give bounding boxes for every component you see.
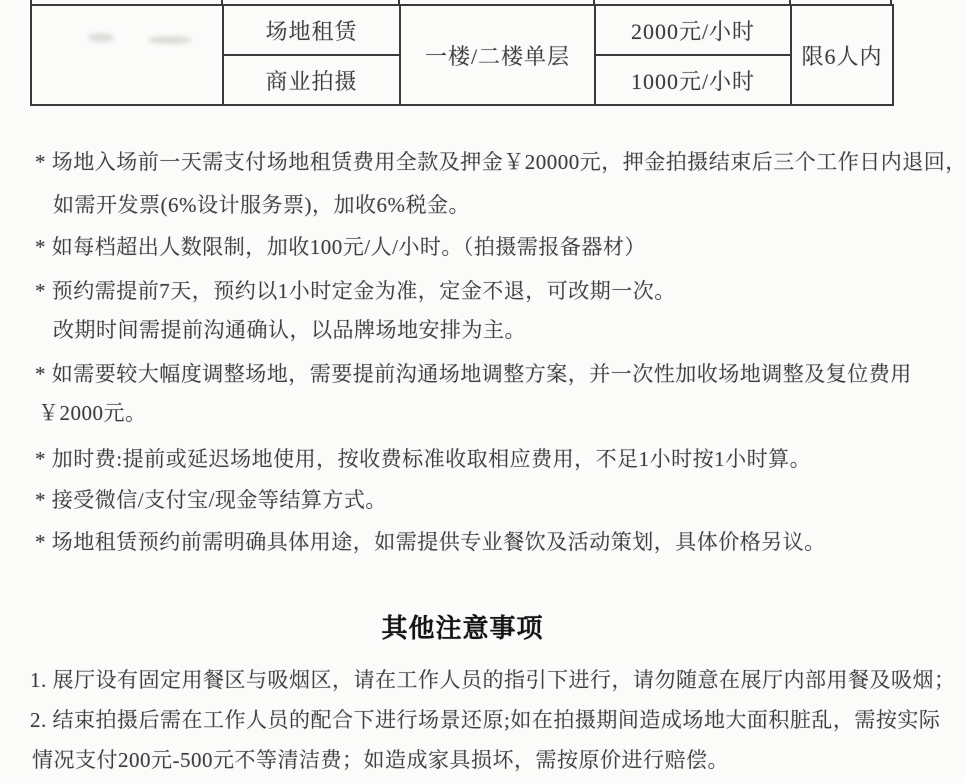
table-cell-service: 场地租赁 bbox=[223, 5, 400, 55]
table-cell-limit: 限6人内 bbox=[791, 5, 893, 105]
notice-item-3: 情况支付200元-500元不等清洁费；如造成家具损坏，需按原价进行赔偿。 bbox=[32, 744, 729, 774]
note-line-8: * 加时费:提前或延迟场地使用，按收费标准收取相应费用，不足1小时按1小时算。 bbox=[35, 443, 811, 473]
notice-item-1: 1. 展厅设有固定用餐区与吸烟区，请在工作人员的指引下进行，请勿随意在展厅内部用… bbox=[30, 664, 956, 694]
notice-item-2: 2. 结束拍摄后需在工作人员的配合下进行场景还原;如在拍摄期间造成场地大面积脏乱… bbox=[30, 704, 940, 734]
price-table: 场地租赁 一楼/二楼单层 2000元/小时 限6人内 商业拍摄 1000元/小时 bbox=[30, 4, 894, 106]
table-cell-service: 商业拍摄 bbox=[223, 55, 400, 105]
table-cell-price: 1000元/小时 bbox=[595, 55, 791, 105]
note-line-9: * 接受微信/支付宝/现金等结算方式。 bbox=[35, 484, 387, 514]
note-line-6: * 如需要较大幅度调整场地，需要提前沟通场地调整方案，并一次性加收场地调整及复位… bbox=[35, 358, 912, 388]
table-cell-location: 一楼/二楼单层 bbox=[400, 5, 595, 105]
faint-smudge bbox=[148, 36, 192, 44]
note-line-1: * 场地入场前一天需支付场地租赁费用全款及押金￥20000元，押金拍摄结束后三个… bbox=[35, 146, 965, 176]
note-line-5: 改期时间需提前沟通确认，以品牌场地安排为主。 bbox=[53, 314, 526, 344]
note-line-4: * 预约需提前7天，预约以1小时定金为准，定金不退，可改期一次。 bbox=[35, 275, 676, 305]
table-cell-price: 2000元/小时 bbox=[595, 5, 791, 55]
table-cell-blank bbox=[31, 5, 223, 105]
faint-smudge bbox=[88, 33, 114, 42]
note-line-2: 如需开发票(6%设计服务票)，加收6%税金。 bbox=[53, 189, 470, 219]
document-page: 场地租赁 一楼/二楼单层 2000元/小时 限6人内 商业拍摄 1000元/小时… bbox=[0, 0, 965, 783]
note-line-10: * 场地租赁预约前需明确具体用途，如需提供专业餐饮及活动策划，具体价格另议。 bbox=[35, 526, 826, 556]
note-line-3: * 如每档超出人数限制，加收100元/人/小时。（拍摄需报备器材） bbox=[35, 231, 646, 261]
section-title: 其他注意事项 bbox=[0, 608, 925, 645]
note-line-7: ￥2000元。 bbox=[38, 397, 147, 427]
